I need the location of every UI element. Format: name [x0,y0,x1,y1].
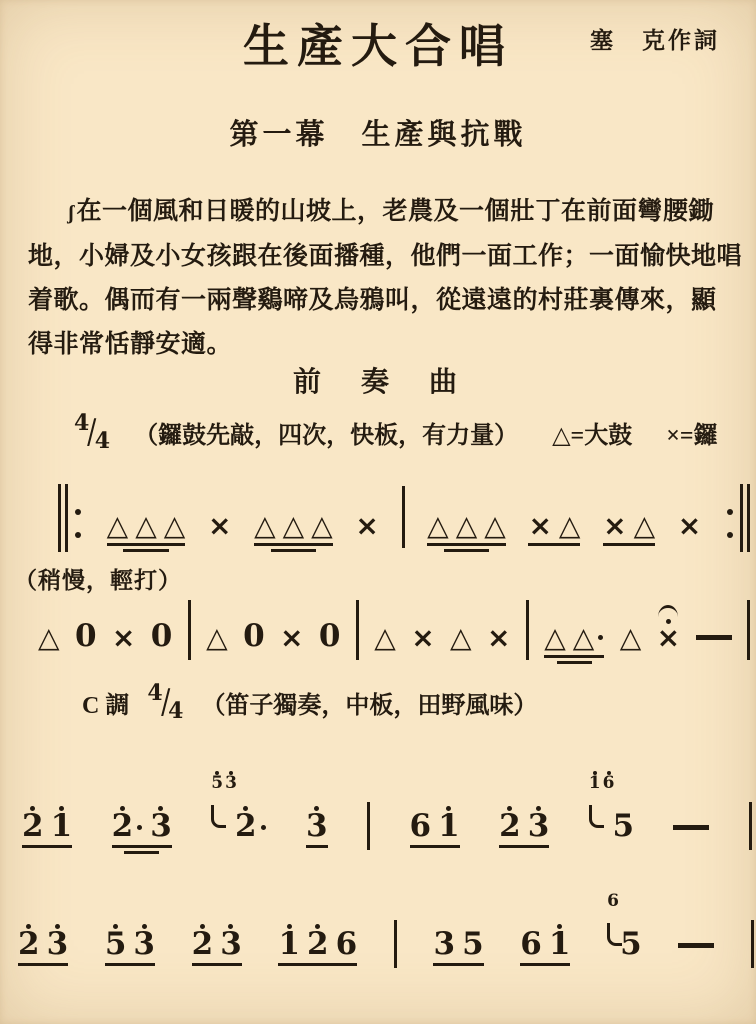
note-column: △ [450,605,472,652]
jianpu-note: 1 [51,792,73,842]
note-glyph: △ [254,512,276,540]
note-column: △ [620,605,642,652]
beam [499,845,549,848]
note-glyph: △ [573,624,595,652]
note-group: △ [374,605,396,668]
beam [123,549,169,552]
note-glyph: 0 [151,621,173,652]
note-group: 53 [105,910,155,976]
barline [394,920,397,968]
beam-area [544,652,604,668]
note-glyph: △ [206,624,228,652]
note-group: 23 [112,792,172,858]
note-column: 5 [620,910,642,960]
jianpu-note: 2 [307,910,329,960]
note-column: 3 [225,764,237,792]
note-column: △ [456,493,478,540]
note-column: △ [254,493,276,540]
note-glyph: 6 [336,929,358,960]
print-artifact-mark: ʃ [68,202,77,224]
repeat-dots [727,509,733,538]
note-group: 3 [306,792,328,858]
beam-area [243,652,265,668]
note-glyph: × [487,624,510,652]
note-glyph: △ [450,624,472,652]
note-group: △ [620,605,642,668]
note-glyph: △ [164,512,186,540]
prelude-tempo-line: 4/4 （鑼鼓先敲，四次，快板，有力量） △=大鼓 ×=鑼 [70,412,718,452]
jianpu-note: 2 [112,792,144,842]
note-row: △ [450,605,472,652]
jianpu-note: 2 [192,910,214,960]
note-glyph: × [355,512,378,540]
beam [22,845,72,848]
time-signature-denominator: 4 [168,698,183,724]
note-group: × [678,493,701,556]
repeat-dot-icon [75,532,81,538]
key-label: C 調 [82,685,129,720]
jianpu-note: △ [559,493,581,540]
beam [271,549,317,552]
note-group: △△ [544,605,604,668]
note-row: 3 [306,792,328,842]
beam-area [319,652,341,668]
note-group: ×△ [603,493,655,556]
beam-area [206,652,228,668]
note-column: 3 [150,792,172,842]
note-row: 5 [620,910,642,960]
note-column: × [411,605,434,652]
jianpu-note: △ [164,493,186,540]
note-row: × [112,605,135,652]
note-glyph: × [411,624,434,652]
jianpu-note: 1 [278,910,300,960]
beam [528,543,580,546]
jianpu-note: × [411,605,434,652]
barline [747,600,750,660]
beam [427,543,506,546]
jianpu-note: 5 [211,764,223,792]
note-column: 1 [51,792,73,842]
note-glyph: △ [135,512,157,540]
note-glyph: 1 [549,929,571,960]
note-row: △ [374,605,396,652]
beam [112,845,172,848]
note-glyph: 3 [433,929,455,960]
note-glyph: × [678,512,701,540]
note-glyph: △ [456,512,478,540]
sheet-music-page: 生產大合唱 塞 克作詞 第一幕 生產與抗戰 ʃ在一個風和日暖的山坡上，老農及一個… [0,0,756,1024]
time-signature: 4/4 [147,682,183,722]
beam-area [208,540,231,556]
melody-line-2: 235323126356165 [18,872,754,976]
note-glyph: 5 [620,929,642,960]
note-glyph: △ [559,512,581,540]
grace-slur-icon [589,805,604,828]
note-column: 0 [319,602,341,652]
note-column: 6 [607,882,619,910]
note-glyph: △ [634,512,656,540]
legend-gong: ×=鑼 [666,415,717,450]
note-glyph: 3 [220,929,242,960]
jianpu-note: 5 [105,910,127,960]
grace-note-group: 65 [607,882,642,976]
beam-area [192,960,242,976]
note-column: 0 [151,602,173,652]
note-column: △ [206,605,228,652]
beam-area [603,540,655,556]
note-row: △△△ [107,493,186,540]
note-glyph: 0 [319,621,341,652]
note-glyph: △ [374,624,396,652]
note-glyph: △ [427,512,449,540]
repeat-dot-icon [75,509,81,515]
note-row: × [487,605,510,652]
grace-note-group: 165 [589,764,634,858]
note-column: 5 [211,764,223,792]
stage-direction-line: 着歌。偶而有一兩聲鷄啼及烏鴉叫，從遠遠的村莊裏傳來，顯 [28,279,730,323]
barline [188,600,191,660]
beam-area [411,652,434,668]
note-group: 23 [499,792,549,858]
note-row: × [355,493,378,540]
note-column: △ [544,605,566,652]
note-row: △ [206,605,228,652]
jianpu-note: 3 [133,910,155,960]
note-glyph: △ [620,624,642,652]
note-column: △ [135,493,157,540]
jianpu-note: 3 [433,910,455,960]
note-column: 3 [220,910,242,960]
beam-area [499,842,549,858]
jianpu-note: × [657,605,680,652]
note-column: 3 [306,792,328,842]
note-column: 1 [589,764,601,792]
beam-area [528,540,580,556]
jianpu-note: 5 [612,792,634,842]
note-group: × [657,605,680,668]
jianpu-note: △ [484,493,506,540]
note-group: 5 [612,792,634,858]
note-column: × [112,605,135,652]
note-glyph: 2 [18,929,40,960]
repeat-open [58,484,84,556]
note-column: 3 [133,910,155,960]
jianpu-note: △ [38,605,60,652]
note-column: △ [283,493,305,540]
repeat-close [724,484,750,556]
note-group: △△△ [107,493,186,556]
dash-note [696,635,732,640]
jianpu-note: 6 [336,910,358,960]
beam [18,963,68,966]
repeat-dot-icon [727,509,733,515]
jianpu-note: 3 [225,764,237,792]
grace-slur-icon [211,805,226,828]
barline [402,486,405,548]
jianpu-note: △ [254,493,276,540]
note-group: × [355,493,378,556]
note-row: 0 [243,602,265,652]
beam-area [487,652,510,668]
jianpu-note: △ [311,493,333,540]
prelude-heading: 前 奏 曲 [0,360,756,400]
note-group: × [487,605,510,668]
beam-area [75,652,97,668]
note-group: △ [450,605,472,668]
note-row: 126 [278,910,357,960]
repeat-dots [75,509,81,538]
performance-note: （鑼鼓先敲，四次，快板，有力量） [134,415,518,450]
jianpu-note: 3 [150,792,172,842]
beam-area [678,540,701,556]
note-row: × [280,605,303,652]
note-group: △△△ [254,493,333,556]
barline [526,600,529,660]
jianpu-note: △ [206,605,228,652]
note-row: 0 [75,602,97,652]
beam-area [151,652,173,668]
note-column: △ [374,605,396,652]
note-column: 6 [410,792,432,842]
note-glyph: × [112,624,135,652]
note-column: × [280,605,303,652]
beam-area [374,652,396,668]
note-group: 35 [433,910,483,976]
note-column: 3 [433,910,455,960]
beam-area [450,652,472,668]
note-column: △ [427,493,449,540]
barline [356,600,359,660]
beam-area [355,540,378,556]
note-column: △ [484,493,506,540]
beam [105,963,155,966]
note-group: 61 [520,910,570,976]
note-row: ×△ [603,493,655,540]
note-row: 53 [105,910,155,960]
note-row: × [657,605,680,652]
beam-area [620,652,642,668]
jianpu-note: △ [456,493,478,540]
jianpu-note: 2 [235,792,267,842]
note-glyph: 2 [112,811,134,842]
note-row: 21 [22,792,72,842]
note-group: △ [206,605,228,668]
jianpu-note: 5 [620,910,642,960]
note-column: △ [311,493,333,540]
repeat-dot-icon [727,532,733,538]
note-column: 5 [105,910,127,960]
note-glyph: △ [38,624,60,652]
note-group: 23 [192,910,242,976]
note-glyph: 3 [150,811,172,842]
note-column: 1 [278,910,300,960]
note-glyph: 1 [278,929,300,960]
note-glyph: △ [484,512,506,540]
jianpu-note: 0 [75,602,97,652]
jianpu-note: △ [135,493,157,540]
note-glyph: 1 [438,811,460,842]
note-group: 23 [18,910,68,976]
barline [749,802,752,850]
note-column: △ [107,493,129,540]
jianpu-note: × [487,605,510,652]
beam-area [278,960,357,976]
repeat-barline [65,484,68,552]
interlude-label: （稍慢，輕打） [14,562,182,595]
note-row: △△ [544,605,604,652]
note-group: × [280,605,303,668]
beam-area [657,652,680,668]
note-glyph: × [657,624,680,652]
note-glyph: 2 [307,929,329,960]
beam-area [427,540,506,556]
note-group: × [411,605,434,668]
note-group: 0 [75,602,97,668]
repeat-barline [740,484,743,552]
beam [192,963,242,966]
note-glyph: × [280,624,303,652]
note-row: 2 [235,792,267,842]
note-column: × [208,493,231,540]
beam [444,549,490,552]
jianpu-note: △ [427,493,449,540]
note-column: 0 [243,602,265,652]
jianpu-note: 0 [319,602,341,652]
note-glyph: 2 [192,929,214,960]
note-glyph: × [528,512,551,540]
note-column: × [603,493,626,540]
note-column: 3 [47,910,69,960]
note-glyph: × [603,512,626,540]
jianpu-note: 0 [151,602,173,652]
note-row: × [208,493,231,540]
jianpu-note: × [528,493,551,540]
augmentation-dot [598,635,603,640]
note-glyph: 3 [306,811,328,842]
jianpu-note: 1 [589,764,601,792]
note-column: 2 [499,792,521,842]
percussion-line-2: △0×0△0×0△×△×△△△× [38,592,750,668]
note-glyph: △ [283,512,305,540]
note-column: 2 [112,792,134,842]
scene-heading: 第一幕 生產與抗戰 [0,112,756,153]
note-glyph: 2 [499,811,521,842]
jianpu-note: △ [107,493,129,540]
note-glyph: 6 [410,811,432,842]
jianpu-note: △ [374,605,396,652]
note-row: 16 [589,764,615,792]
note-row: 53 [211,764,237,792]
note-group: 126 [278,910,357,976]
note-column: △ [573,605,595,652]
note-row: 6 [607,882,619,910]
beam [544,655,604,658]
jianpu-note: 6 [520,910,542,960]
dash-note [673,825,709,830]
beam [433,963,483,966]
beam [603,543,655,546]
jianpu-note: 1 [438,792,460,842]
key-line: C 調 4/4 （笛子獨奏，中板，田野風味） [82,682,537,722]
note-glyph: 5 [612,811,634,842]
note-column: 5 [612,792,634,842]
note-column: × [528,493,551,540]
note-glyph: 5 [462,929,484,960]
grace-notes: 16 [589,764,615,828]
beam-area [105,960,155,976]
note-glyph: 0 [243,621,265,652]
note-row: 23 [499,792,549,842]
note-row: 0 [319,602,341,652]
note-column: 2 [18,910,40,960]
grace-note-group: 532 [211,764,266,858]
stage-direction-line: 地，小婦及小女孩跟在後面播種，他們一面工作；一面愉快地唱 [28,235,730,279]
note-group: ×△ [528,493,580,556]
note-group: × [112,605,135,668]
beam-area [410,842,460,858]
note-column: 1 [438,792,460,842]
melody-line-1: 212353236123165 [22,738,752,858]
note-glyph: △ [107,512,129,540]
note-glyph: 3 [225,775,237,792]
beam [254,543,333,546]
beam [410,845,460,848]
dash-note [678,943,714,948]
note-column: × [678,493,701,540]
note-glyph: 1 [51,811,73,842]
note-glyph: 3 [528,811,550,842]
note-row: △△△ [427,493,506,540]
note-column: × [355,493,378,540]
note-row: 0 [151,602,173,652]
note-group: 61 [410,792,460,858]
repeat-barline [58,484,61,552]
beam-area [620,960,642,976]
note-row: 5 [612,792,634,842]
beam-area [38,652,60,668]
jianpu-note: × [678,493,701,540]
note-row: 35 [433,910,483,960]
note-column: △ [634,493,656,540]
jianpu-note: 0 [243,602,265,652]
author-credit: 塞 克作詞 [590,22,720,55]
note-row: △△△ [254,493,333,540]
jianpu-note: 2 [499,792,521,842]
note-glyph: 6 [603,775,615,792]
beam-area [520,960,570,976]
jianpu-note: 3 [220,910,242,960]
jianpu-note: × [603,493,626,540]
augmentation-dot [261,825,266,830]
note-group: 0 [151,602,173,668]
note-row: 61 [520,910,570,960]
note-glyph: 5 [211,775,223,792]
note-column: 2 [307,910,329,960]
note-column: △ [38,605,60,652]
note-glyph: △ [544,624,566,652]
jianpu-note: △ [544,605,566,652]
note-row: △ [620,605,642,652]
time-signature: 4/4 [74,412,110,452]
performance-note: （笛子獨奏，中板，田野風味） [201,685,537,720]
note-group: 0 [243,602,265,668]
stage-direction-text: 在一個風和日暖的山坡上，老農及一個壯丁在前面彎腰鋤 [77,198,715,225]
note-glyph: 6 [520,929,542,960]
note-column: × [657,605,680,652]
note-column: 6 [520,910,542,960]
beam [557,661,592,664]
